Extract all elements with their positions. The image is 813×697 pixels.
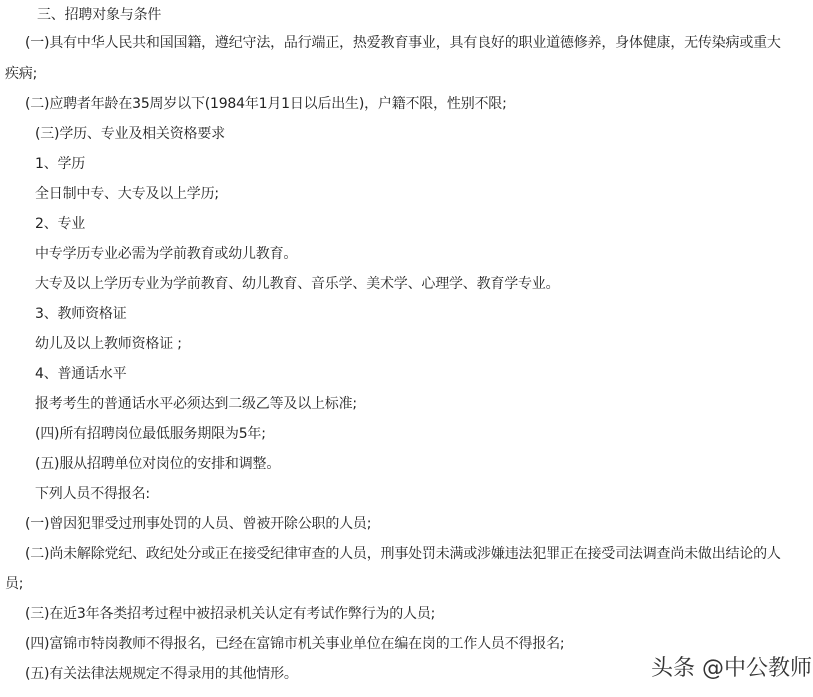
exclusion-2-continued: 员; <box>5 575 23 593</box>
exclusion-4: (四)富锦市特岗教师不得报名，已经在富锦市机关事业单位在编在岗的工作人员不得报名… <box>25 635 564 653</box>
condition-1-continued: 疾病; <box>5 65 37 83</box>
exclusion-3: (三)在近3年各类招考过程中被招录机关认定有考试作弊行为的人员; <box>25 605 435 623</box>
mandarin-text: 报考考生的普通话水平必须达到二级乙等及以上标准; <box>35 395 357 413</box>
exclusion-1: (一)曾因犯罪受过刑事处罚的人员、曾被开除公职的人员; <box>25 515 371 533</box>
exclusion-2: (二)尚未解除党纪、政纪处分或正在接受纪律审查的人员，刑事处罚未满或涉嫌违法犯罪… <box>25 545 781 563</box>
condition-5: (五)服从招聘单位对岗位的安排和调整。 <box>35 455 280 473</box>
education-heading: 1、学历 <box>35 155 85 173</box>
education-text: 全日制中专、大专及以上学历; <box>35 185 219 203</box>
major-text-2: 大专及以上学历专业为学前教育、幼儿教育、音乐学、美术学、心理学、教育学专业。 <box>35 275 559 293</box>
condition-1: (一)具有中华人民共和国国籍，遵纪守法，品行端正，热爱教育事业，具有良好的职业道… <box>25 34 781 52</box>
mandarin-heading: 4、普通话水平 <box>35 365 127 383</box>
certificate-text: 幼儿及以上教师资格证 ; <box>35 335 182 353</box>
watermark: 头条 @中公教师 <box>651 656 812 682</box>
condition-3-heading: (三)学历、专业及相关资格要求 <box>35 125 225 143</box>
major-text-1: 中专学历专业必需为学前教育或幼儿教育。 <box>35 245 297 263</box>
exclusion-heading: 下列人员不得报名: <box>35 485 150 503</box>
major-heading: 2、专业 <box>35 215 85 233</box>
certificate-heading: 3、教师资格证 <box>35 305 127 323</box>
section-title: 三、招聘对象与条件 <box>37 6 161 24</box>
condition-2: (二)应聘者年龄在35周岁以下(1984年1月1日以后出生)，户籍不限，性别不限… <box>25 95 507 113</box>
exclusion-5: (五)有关法律法规规定不得录用的其他情形。 <box>25 665 298 683</box>
condition-4: (四)所有招聘岗位最低服务期限为5年; <box>35 425 266 443</box>
